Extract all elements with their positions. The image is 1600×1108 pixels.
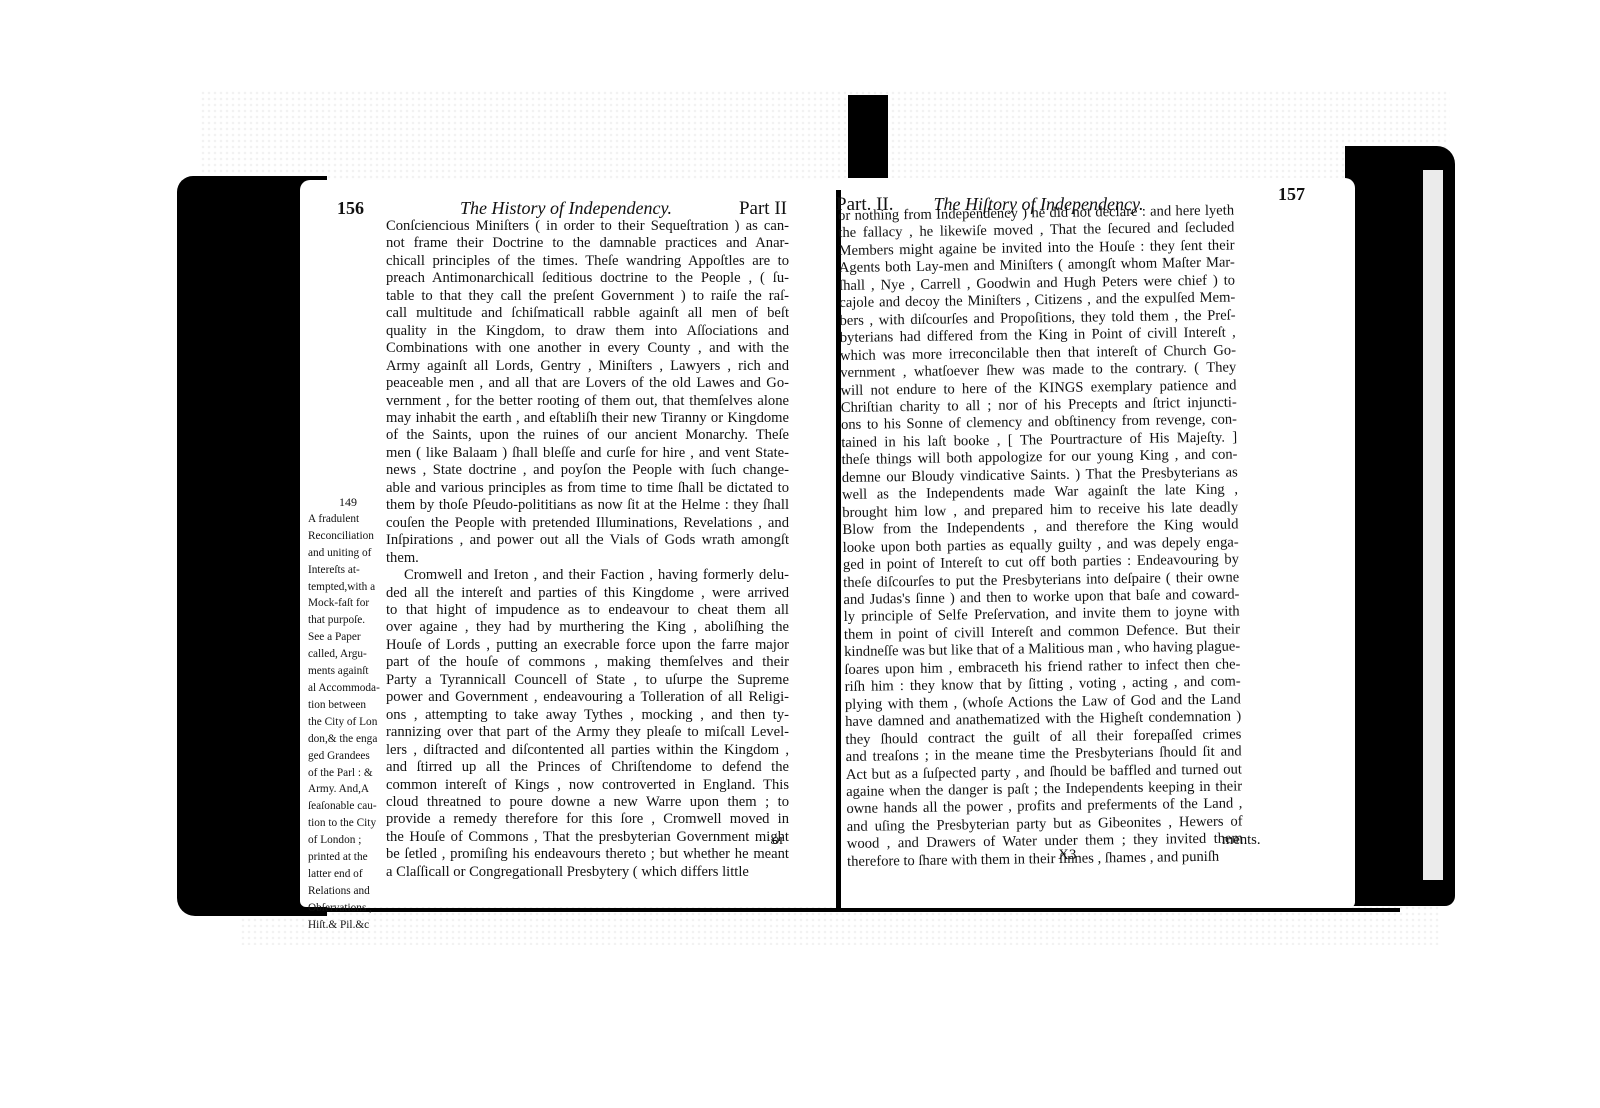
marginal-note-line: of London ;	[308, 832, 388, 849]
text-line: quality in the Kingdom, to draw them int…	[386, 323, 789, 340]
text-line: able and various principles as from time…	[386, 480, 789, 497]
marginal-note-line: Army. And,A	[308, 781, 388, 798]
text-line: chicall principles of the times. Theſe w…	[386, 253, 789, 270]
text-line: peaceable men , and all that are Lovers …	[386, 375, 789, 392]
text-line: them.	[386, 550, 789, 567]
marginal-note-line: and uniting of	[308, 545, 388, 562]
text-line: call multitude and ſchiſmaticall rabble …	[386, 305, 789, 322]
page-bottom-edge	[300, 908, 1400, 912]
text-line: vernment , for the better rooting of the…	[386, 393, 789, 410]
text-line: over againe , they had by murthering the…	[386, 619, 789, 636]
marginal-note-number: 149	[308, 494, 388, 511]
text-line: Party a Tyrannicall Councell of State , …	[386, 672, 789, 689]
marginal-note-line: tion to the City	[308, 815, 388, 832]
left-running-head: 156 The History of Independency. Part II	[337, 198, 787, 220]
text-line: news , State doctrine , and poyſon the P…	[386, 462, 789, 479]
marginal-note-line: Mock-faſt for	[308, 595, 388, 612]
marginal-note: 149 A fradulentReconciliationand uniting…	[308, 494, 388, 934]
text-line: be ſetled , promiſing his endeavours the…	[386, 846, 789, 863]
text-line: Conſciencious Miniſters ( in order to th…	[386, 218, 789, 235]
left-part-label: Part II	[739, 198, 787, 220]
text-line: them by thoſe Pſeudo-polititians as now …	[386, 497, 789, 514]
signature-mark: X3	[1058, 847, 1076, 864]
marginal-note-line: A fradulent	[308, 511, 388, 528]
text-line: common intereſt of Kings , now controver…	[386, 777, 789, 794]
marginal-note-line: latter end of	[308, 866, 388, 883]
marginal-note-line: Reconciliation	[308, 528, 388, 545]
right-catchword: ments.	[1222, 832, 1261, 849]
marginal-note-line: tion between	[308, 697, 388, 714]
marginal-note-line: See a Paper	[308, 629, 388, 646]
marginal-note-line: the City of Lon	[308, 714, 388, 731]
marginal-note-line: of the Parl : &	[308, 765, 388, 782]
text-line: Combinations with one another in every C…	[386, 340, 789, 357]
marginal-note-line: Intereſts at-	[308, 562, 388, 579]
marginal-note-line: ged Grandees	[308, 748, 388, 765]
text-line: cloud threatned to poure downe a new War…	[386, 794, 789, 811]
text-line: Inſpirations , and power out all the Via…	[386, 532, 789, 549]
marginal-note-line: Obſervations ,	[308, 900, 388, 917]
text-line: of the Saints, upon the ruines of our an…	[386, 427, 789, 444]
text-line: to that hight of impudence as to endeavo…	[386, 602, 789, 619]
right-page-number: 157	[1278, 184, 1305, 205]
right-page-body: or nothing from Independency ) he did no…	[838, 202, 1243, 871]
text-line: rannizing over that part of the Army the…	[386, 724, 789, 741]
text-line: lers , diſtracted and diſcontented all p…	[386, 742, 789, 759]
text-line: Houſe of Lords , putting an execrable fo…	[386, 637, 789, 654]
text-line: power and Government , endeavouring a To…	[386, 689, 789, 706]
text-line: ded all the intereſt and parties of this…	[386, 585, 789, 602]
marginal-note-line: called, Argu-	[308, 646, 388, 663]
left-page-number: 156	[337, 198, 364, 219]
text-line: Cromwell and Ireton , and their Faction …	[386, 567, 789, 584]
text-line: ons , attempting to take away Tythes , m…	[386, 707, 789, 724]
scan-noise-top	[200, 90, 1450, 180]
text-line: may inhabit the earth , and eſtabliſh th…	[386, 410, 789, 427]
text-line: the Houſe of Commons , That the presbyte…	[386, 829, 789, 846]
marginal-note-line: al Accommoda-	[308, 680, 388, 697]
left-catchword: or	[772, 832, 784, 849]
text-line: couſen the People with pretended Illumin…	[386, 515, 789, 532]
text-line: men ( like Balaam ) ſhall bleſſe and cur…	[386, 445, 789, 462]
marginal-note-line: ments againſt	[308, 663, 388, 680]
marginal-note-line: tempted,with a	[308, 579, 388, 596]
text-line: provide a remedy therefore for this ſore…	[386, 811, 789, 828]
marginal-note-line: don,& the enga	[308, 731, 388, 748]
marginal-note-line: ſeaſonable cau-	[308, 798, 388, 815]
marginal-note-line: printed at the	[308, 849, 388, 866]
text-line: a Claſſicall or Congregationall Presbyte…	[386, 864, 789, 881]
left-running-title: The History of Independency.	[460, 198, 672, 219]
text-line: preach Antimonarchicall ſeditious doctri…	[386, 270, 789, 287]
marginal-note-line: Relations and	[308, 883, 388, 900]
left-page-body: Conſciencious Miniſters ( in order to th…	[386, 218, 789, 881]
text-line: table to that they call the preſent Gove…	[386, 288, 789, 305]
text-line: part of the houſe of commons , making th…	[386, 654, 789, 671]
marginal-note-line: that purpoſe.	[308, 612, 388, 629]
text-line: Army againſt all Lords, Gentry , Miniſte…	[386, 358, 789, 375]
text-line: not frame their Doctrine to the damnable…	[386, 235, 789, 252]
marginal-note-line: Hiſt.& Pil.&c	[308, 917, 388, 934]
page-block-edge-right	[1423, 170, 1443, 880]
text-line: and ſtirred up all the Princes of Chriſt…	[386, 759, 789, 776]
